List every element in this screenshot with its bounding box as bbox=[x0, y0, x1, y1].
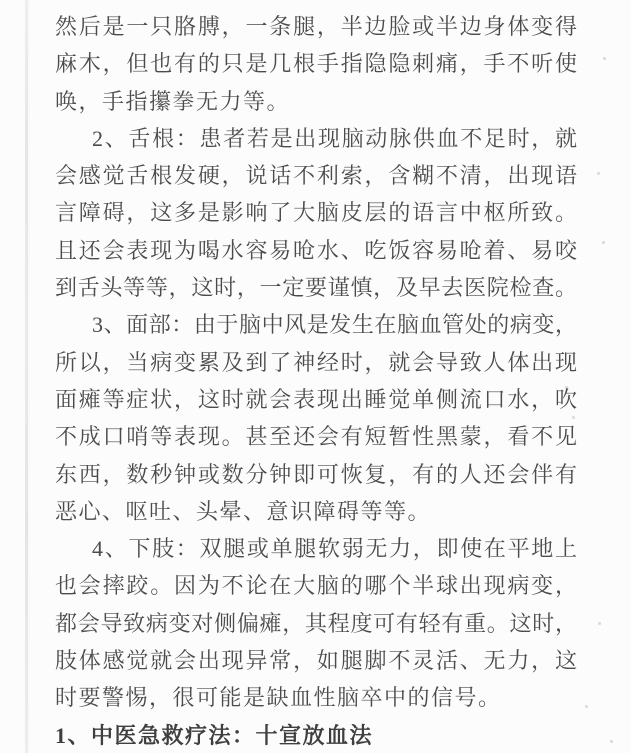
text-line: 所以，当病变累及到了神经时，就会导致人体出现 bbox=[55, 344, 577, 381]
text-line: 到舌头等等，这时，一定要谨慎，及早去医院检查。 bbox=[55, 269, 577, 306]
scan-speckle bbox=[610, 740, 613, 743]
text-line-paragraph-start: 4、下肢：双腿或单腿软弱无力，即使在平地上 bbox=[55, 530, 577, 567]
text-line: 会感觉舌根发硬，说话不利索，含糊不清，出现语 bbox=[55, 157, 577, 194]
text-line: 言障碍，这多是影响了大脑皮层的语言中枢所致。 bbox=[55, 194, 577, 231]
scan-speckle bbox=[598, 622, 601, 625]
scan-speckle bbox=[585, 705, 588, 708]
document-page: 然后是一只胳膊，一条腿，半边脸或半边身体变得 麻木，但也有的只是几根手指隐隐刺痛… bbox=[0, 0, 631, 753]
text-body: 然后是一只胳膊，一条腿，半边脸或半边身体变得 麻木，但也有的只是几根手指隐隐刺痛… bbox=[55, 8, 577, 753]
text-line: 都会导致病变对侧偏瘫，其程度可有轻有重。这时， bbox=[55, 605, 577, 642]
text-line-paragraph-start: 2、舌根：患者若是出现脑动脉供血不足时，就 bbox=[55, 120, 577, 157]
text-line: 肢体感觉就会出现异常，如腿脚不灵活、无力，这 bbox=[55, 642, 577, 679]
text-line: 唤，手指攥拳无力等。 bbox=[55, 83, 577, 120]
section-heading: 1、中医急救疗法：十宣放血法 bbox=[55, 717, 577, 753]
scan-speckle bbox=[602, 241, 605, 244]
scan-speckle bbox=[603, 57, 606, 60]
text-line: 时要警惕，很可能是缺血性脑卒中的信号。 bbox=[55, 679, 577, 716]
text-line: 东西，数秒钟或数分钟即可恢复，有的人还会伴有 bbox=[55, 456, 577, 493]
scan-edge-shadow bbox=[25, 0, 28, 753]
scan-speckle bbox=[597, 172, 600, 175]
text-line: 面瘫等症状，这时就会表现出睡觉单侧流口水，吹 bbox=[55, 381, 577, 418]
text-line: 也会摔跤。因为不论在大脑的哪个半球出现病变， bbox=[55, 567, 577, 604]
text-line-paragraph-start: 3、面部：由于脑中风是发生在脑血管处的病变， bbox=[55, 306, 577, 343]
text-line: 恶心、呕吐、头晕、意识障碍等等。 bbox=[55, 493, 577, 530]
text-line: 然后是一只胳膊，一条腿，半边脸或半边身体变得 bbox=[55, 8, 577, 45]
text-line: 且还会表现为喝水容易呛水、吃饭容易呛着、易咬 bbox=[55, 232, 577, 269]
text-line: 麻木，但也有的只是几根手指隐隐刺痛，手不听使 bbox=[55, 45, 577, 82]
text-line: 不成口哨等表现。甚至还会有短暂性黑蒙，看不见 bbox=[55, 418, 577, 455]
